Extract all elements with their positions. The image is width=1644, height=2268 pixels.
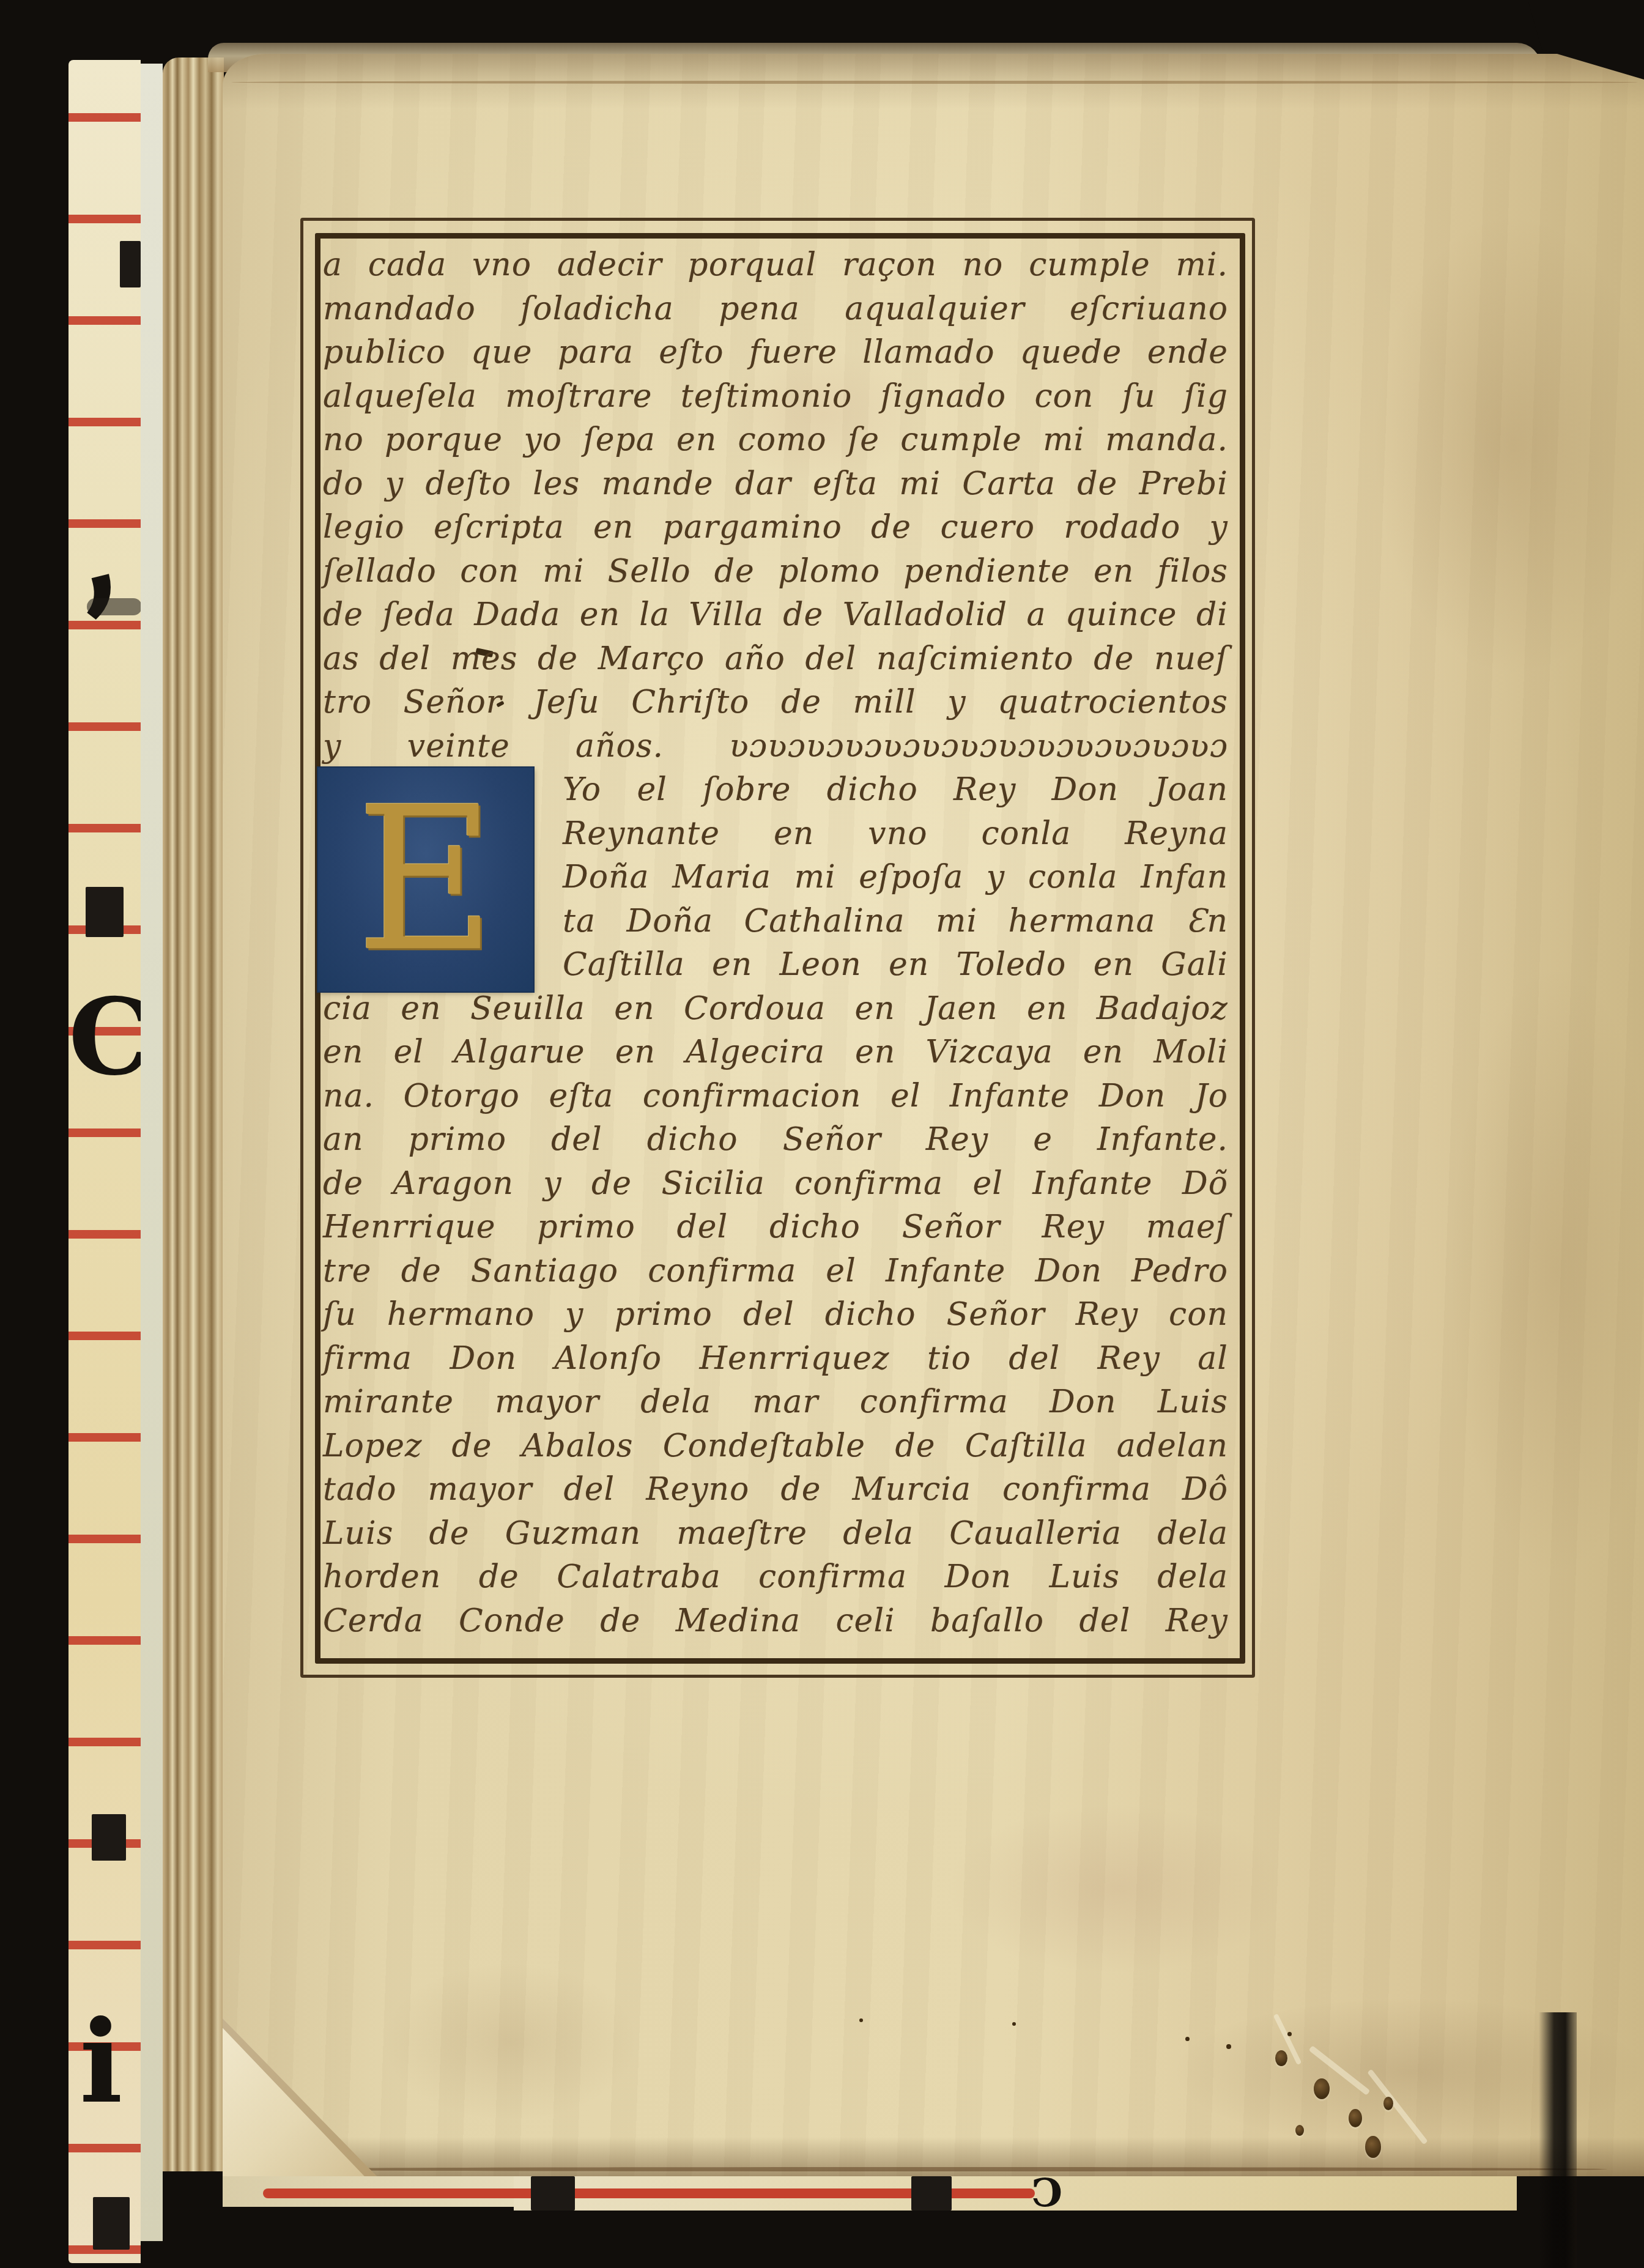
stain <box>944 1803 1287 1974</box>
manuscript-line: Yo el ſobre dicho Rey Don Joan <box>563 768 1228 812</box>
manuscript-line: na. Otorgo eſta confirmacion el Infante … <box>323 1075 1228 1119</box>
manuscript-line: do y deſto les mande dar eſta mi Carta d… <box>323 462 1228 506</box>
manuscript-line: tro Señor Jeſu Chriſto de mill y quatroc… <box>323 681 1228 725</box>
page-bottom-edge-line <box>241 2167 1607 2171</box>
ink-smudge <box>87 598 142 615</box>
square-note-mark <box>86 887 124 937</box>
manuscript-line: as del mes de Março año del naſcimiento … <box>323 637 1228 681</box>
manuscript-line: legio eſcripta en pargamino de cuero rod… <box>323 506 1228 550</box>
square-note-mark <box>93 2197 130 2250</box>
manuscript-line: Lopez de Abalos Condeſtable de Caſtilla … <box>323 1425 1228 1469</box>
manuscript-line: Doña Maria mi eſpoſa y conla Infan <box>563 856 1228 900</box>
text-block: E a cada vno adecir porqual raçon no cum… <box>323 243 1228 1644</box>
manuscript-line: an primo del dicho Señor Rey e Infante. <box>323 1118 1228 1162</box>
manuscript-line: ta Doña Cathalina mi hermana Ɛn <box>563 900 1228 944</box>
manuscript-line: horden de Calatraba confirma Don Luis de… <box>323 1555 1228 1599</box>
worm-hole <box>1295 2125 1304 2136</box>
worm-hole <box>1314 2078 1330 2099</box>
manuscript-line: ſellado con mi Sello de plomo pendiente … <box>323 550 1228 594</box>
manuscript-line: Cerda Conde de Medina celi baſallo del R… <box>323 1599 1228 1644</box>
square-note-mark <box>911 2176 952 2211</box>
square-note-mark <box>120 241 141 287</box>
manuscript-line: alqueſela moſtrare teſtimonio ſignado co… <box>323 375 1228 419</box>
manuscript-line: de Aragon y de Sicilia confirma el Infan… <box>323 1162 1228 1206</box>
manuscript-line: tre de Santiago confirma el Infante Don … <box>323 1250 1228 1294</box>
square-note-mark <box>92 1814 126 1861</box>
manuscript-line: Luis de Guzman maeſtre dela Caualleria d… <box>323 1512 1228 1556</box>
ink-dot <box>1226 2044 1231 2049</box>
manuscript-photo: , C i <box>0 0 1644 2268</box>
manuscript-line: en el Algarue en Algecira en Vizcaya en … <box>323 1031 1228 1075</box>
manuscript-line: ſu hermano y primo del dicho Señor Rey c… <box>323 1293 1228 1337</box>
worm-hole <box>1365 2136 1381 2158</box>
c-clef-mark: C <box>68 985 152 1090</box>
stacked-leaf-edges <box>163 57 224 2171</box>
worm-hole <box>1349 2109 1362 2127</box>
manuscript-line: mirante mayor dela mar confirma Don Luis <box>323 1380 1228 1425</box>
manuscript-line: publico que para eſto fuere llamado qued… <box>323 331 1228 375</box>
page-gap-shadow <box>1539 2012 1577 2268</box>
square-note-mark <box>531 2176 575 2211</box>
letter-i-mark: i <box>80 2005 123 2119</box>
manuscript-line: no porque yo ſepa en como ſe cumple mi m… <box>323 418 1228 462</box>
illuminated-initial-field: E <box>318 768 533 991</box>
manuscript-line: mandado ſoladicha pena aqualquier eſcriu… <box>323 287 1228 332</box>
left-music-leaf-edge: , C i <box>68 60 141 2263</box>
bottom-music-leaf-edge: C <box>514 2176 1517 2211</box>
ink-dot <box>859 2018 863 2022</box>
reversed-c-mark: C <box>1031 2174 1062 2213</box>
stain <box>1372 213 1644 678</box>
ink-dot <box>1185 2037 1190 2041</box>
manuscript-line: Henrrique primo del dicho Señor Rey maeſ <box>323 1206 1228 1250</box>
manuscript-line: Caſtilla en Leon en Toledo en Gali <box>563 943 1228 987</box>
manuscript-line-with-flourish: y veinte años. ʋɔʋɔʋɔʋɔʋɔʋɔʋɔʋɔʋɔʋɔʋɔʋɔʋ… <box>323 725 1228 769</box>
manuscript-line: Reynante en vno conla Reyna <box>563 812 1228 856</box>
illuminated-initial-letter: E <box>356 780 495 979</box>
ink-dot <box>1287 2032 1292 2036</box>
manuscript-line: tado mayor del Reyno de Murcia confirma … <box>323 1468 1228 1512</box>
red-staff-lines <box>68 60 141 2263</box>
worm-hole <box>1383 2097 1393 2110</box>
pale-leaf-edge <box>141 64 163 2241</box>
manuscript-line: a cada vno adecir porqual raçon no cumpl… <box>323 243 1228 287</box>
ink-dot <box>1012 2022 1016 2026</box>
worm-hole <box>1275 2050 1287 2066</box>
manuscript-line: de ſeda Dada en la Villa de Valladolid a… <box>323 593 1228 637</box>
stain <box>382 1962 639 2121</box>
manuscript-line: firma Don Alonſo Henrriquez tio del Rey … <box>323 1337 1228 1381</box>
page-top-edge-line <box>231 81 1638 84</box>
